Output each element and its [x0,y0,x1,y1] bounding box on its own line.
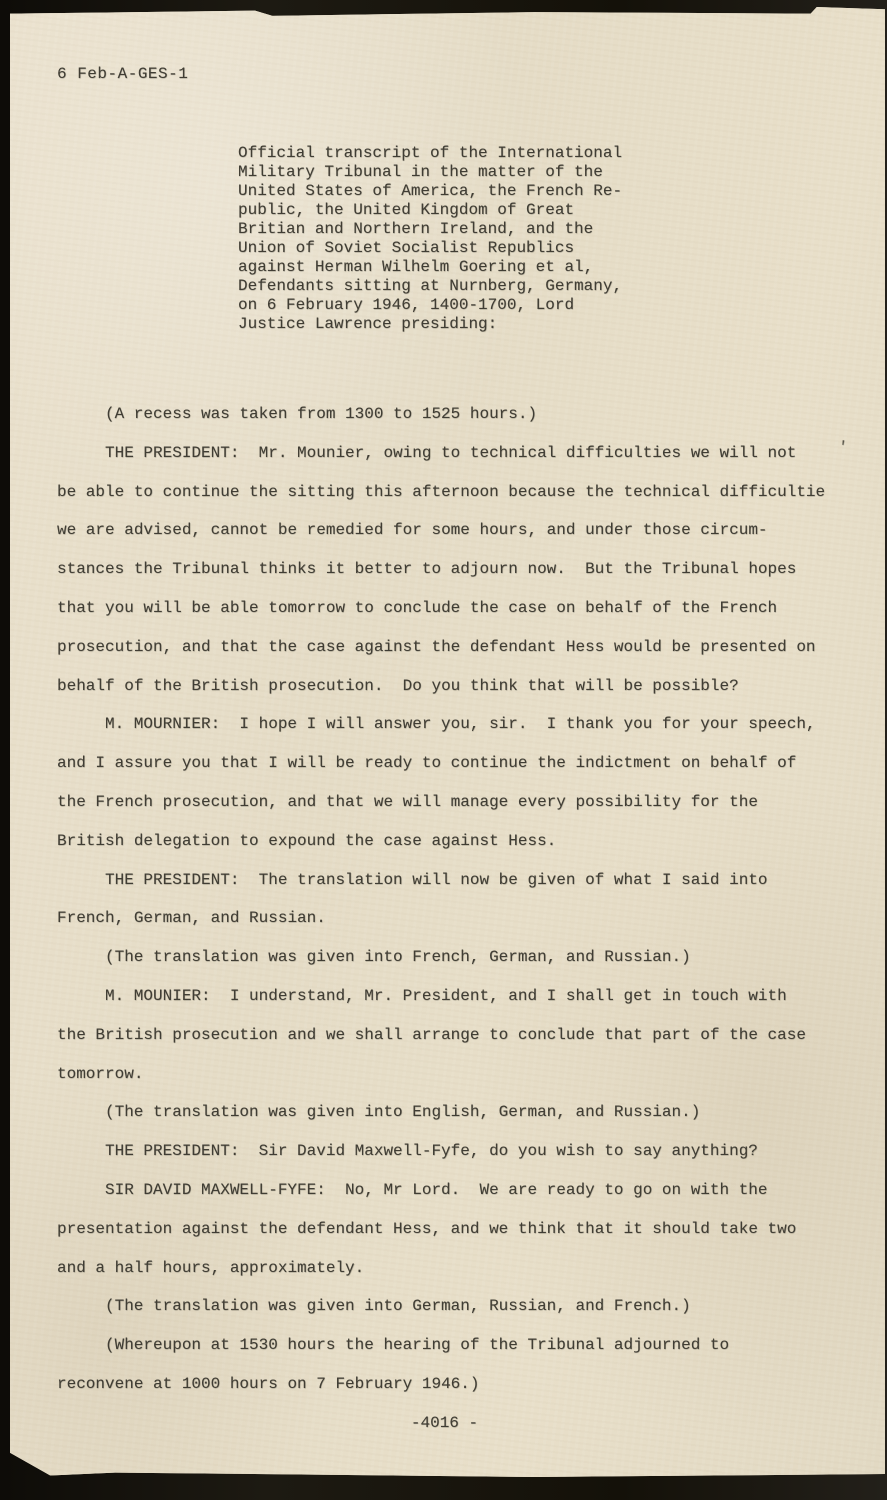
title-block-line: United States of America, the French Re- [238,182,885,201]
transcript-line: British delegation to expound the case a… [57,822,832,861]
transcript-line: the French prosecution, and that we will… [57,783,832,822]
transcript-line: (A recess was taken from 1300 to 1525 ho… [57,395,832,434]
transcript-line: SIR DAVID MAXWELL-FYFE: No, Mr Lord. We … [57,1171,832,1210]
transcript-body: (A recess was taken from 1300 to 1525 ho… [57,395,832,1404]
transcript-line: be able to continue the sitting this aft… [57,473,832,512]
transcript-line: behalf of the British prosecution. Do yo… [57,667,832,706]
transcript-line: (The translation was given into French, … [57,938,832,977]
transcript-line: and a half hours, approximately. [57,1249,832,1288]
title-block-line: Justice Lawrence presiding: [238,315,885,334]
title-block-line: Britian and Northern Ireland, and the [238,220,885,239]
transcript-line: and I assure you that I will be ready to… [57,744,832,783]
transcript-line: M. MOUNIER: I understand, Mr. President,… [57,977,832,1016]
transcript-line: presentation against the defendant Hess,… [57,1210,832,1249]
transcript-line: THE PRESIDENT: Mr. Mounier, owing to tec… [57,434,832,473]
transcript-line: the British prosecution and we shall arr… [57,1016,832,1055]
title-block-line: on 6 February 1946, 1400-1700, Lord [238,296,885,315]
transcript-line: French, German, and Russian. [57,899,832,938]
document-page: 6 Feb-A-GES-1 Official transcript of the… [10,7,885,1477]
title-block: Official transcript of the International… [238,144,885,334]
title-block-line: public, the United Kingdom of Great [238,201,885,220]
scanned-page-background: 6 Feb-A-GES-1 Official transcript of the… [0,0,887,1500]
page-number: -4016 - [57,1404,832,1443]
document-header-code: 6 Feb-A-GES-1 [57,65,885,84]
title-block-line: Official transcript of the International [238,144,885,163]
transcript-line: prosecution, and that the case against t… [57,628,832,667]
title-block-line: Military Tribunal in the matter of the [238,163,885,182]
transcript-line: stances the Tribunal thinks it better to… [57,550,832,589]
title-block-line: Union of Soviet Socialist Republics [238,239,885,258]
transcript-line: (The translation was given into German, … [57,1287,832,1326]
transcript-line: we are advised, cannot be remedied for s… [57,511,832,550]
transcript-line: (The translation was given into English,… [57,1093,832,1132]
transcript-line: (Whereupon at 1530 hours the hearing of … [57,1326,832,1365]
title-block-line: Defendants sitting at Nurnberg, Germany, [238,277,885,296]
transcript-line: THE PRESIDENT: The translation will now … [57,861,832,900]
transcript-line: that you will be able tomorrow to conclu… [57,589,832,628]
transcript-line: THE PRESIDENT: Sir David Maxwell-Fyfe, d… [57,1132,832,1171]
transcript-line: M. MOURNIER: I hope I will answer you, s… [57,705,832,744]
stray-ink-mark: ' [837,438,848,456]
title-block-line: against Herman Wilhelm Goering et al, [238,258,885,277]
transcript-line: reconvene at 1000 hours on 7 February 19… [57,1365,832,1404]
transcript-line: tomorrow. [57,1055,832,1094]
